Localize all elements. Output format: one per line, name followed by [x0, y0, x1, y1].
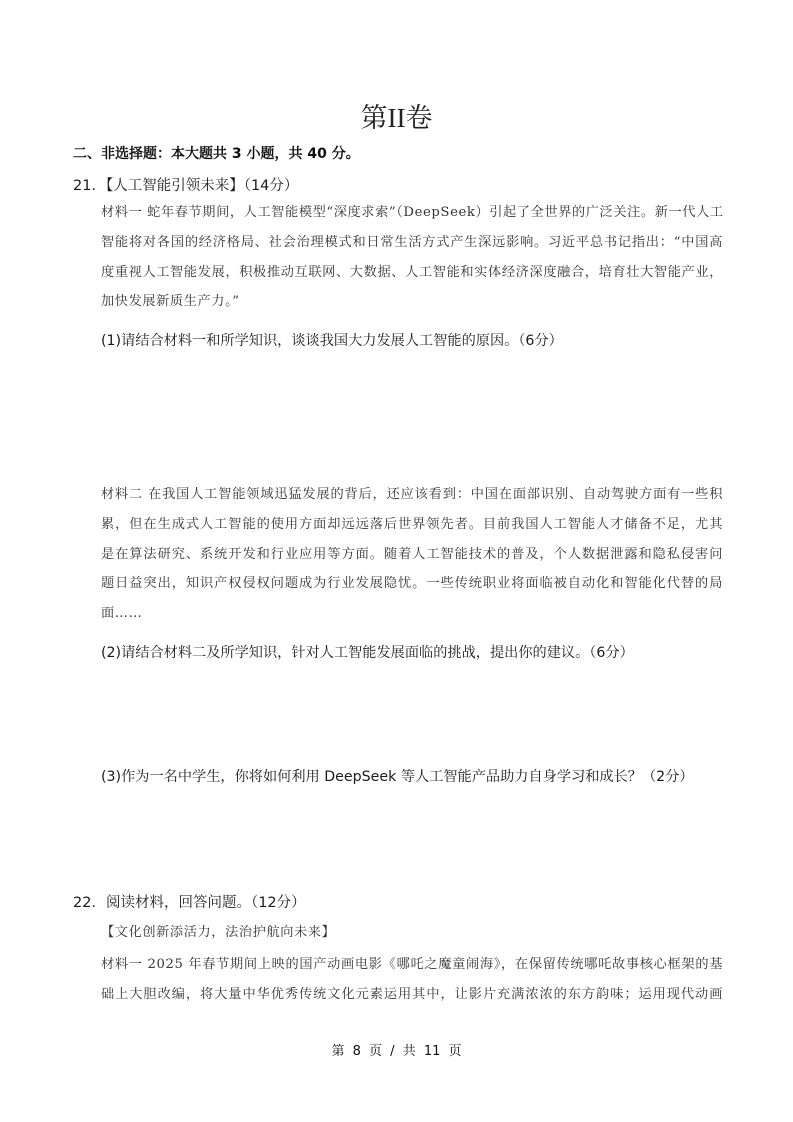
page-footer: 第 8 页 / 共 11 页 [0, 1040, 793, 1059]
question-22-topic: 【文化创新添活力，法治护航向未来】 [101, 921, 335, 940]
question-22-material-1: 材料一 2025 年春节期间上映的国产动画电影《哪吒之魔童闹海》，在保留传统哪吒… [101, 950, 723, 1010]
question-22-heading: 22．阅读材料，回答问题。（12分） [73, 891, 306, 912]
material-line: 加快发展新质生产力。” [101, 287, 723, 317]
question-21-material-1: 材料一 蛇年春节期间，人工智能模型“深度求索”（DeepSeek）引起了全世界的… [101, 198, 723, 317]
material-line: 材料一 2025 年春节期间上映的国产动画电影《哪吒之魔童闹海》，在保留传统哪吒… [101, 950, 723, 980]
question-21-sub-2: (2)请结合材料二及所学知识，针对人工智能发展面临的挑战，提出你的建议。（6分） [101, 642, 634, 662]
material-line: 度重视人工智能发展，积极推动互联网、大数据、人工智能和实体经济深度融合，培育壮大… [101, 258, 723, 288]
material-line: 材料二 在我国人工智能领域迅猛发展的背后，还应该看到：中国在面部识别、自动驾驶方… [101, 480, 723, 510]
question-21-sub-3: (3)作为一名中学生，你将如何利用 DeepSeek 等人工智能产品助力自身学习… [101, 766, 694, 786]
material-line: 题日益突出，知识产权侵权问题成为行业发展隐忧。一些传统职业将面临被自动化和智能化… [101, 569, 723, 599]
material-line: 础上大胆改编，将大量中华优秀传统文化元素运用其中，让影片充满浓浓的东方韵味；运用… [101, 980, 723, 1010]
material-line: 累，但在生成式人工智能的使用方面却远远落后世界领先者。目前我国人工智能人才储备不… [101, 510, 723, 540]
question-21-heading: 21．【人工智能引领未来】（14分） [73, 174, 298, 195]
section-heading: 二、非选择题：本大题共 3 小题，共 40 分。 [73, 143, 360, 163]
material-line: 面…… [101, 599, 723, 629]
page-title: 第II卷 [0, 96, 793, 135]
material-line: 材料一 蛇年春节期间，人工智能模型“深度求索”（DeepSeek）引起了全世界的… [101, 198, 723, 228]
question-21-material-2: 材料二 在我国人工智能领域迅猛发展的背后，还应该看到：中国在面部识别、自动驾驶方… [101, 480, 723, 629]
material-line: 是在算法研究、系统开发和行业应用等方面。随着人工智能技术的普及，个人数据泄露和隐… [101, 540, 723, 570]
material-line: 智能将对各国的经济格局、社会治理模式和日常生活方式产生深远影响。习近平总书记指出… [101, 228, 723, 258]
question-21-sub-1: (1)请结合材料一和所学知识，谈谈我国大力发展人工智能的原因。（6分） [101, 330, 563, 350]
